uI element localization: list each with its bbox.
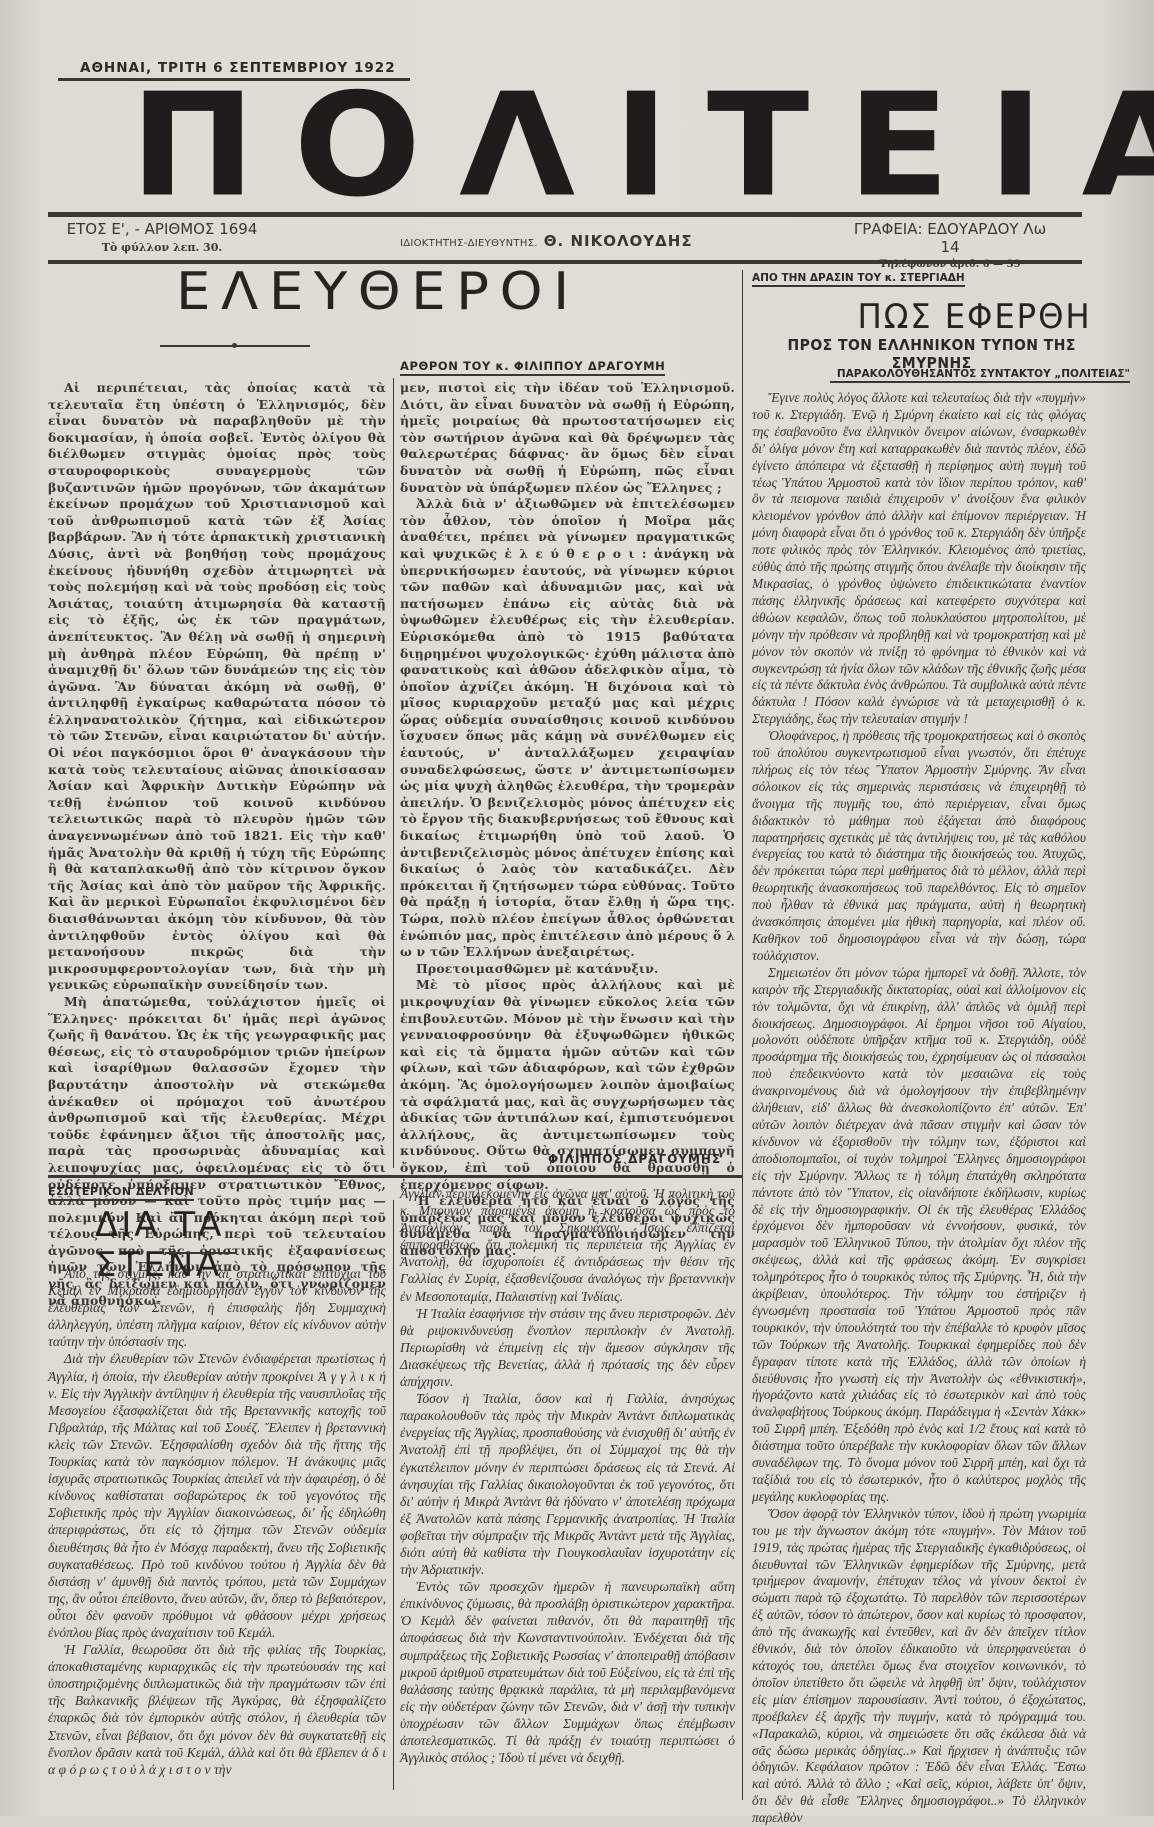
paragraph: μεν, πιστοὶ εἰς τὴν ἰδέαν τοῦ Ἑλληνισμοῦ… [400,380,735,496]
lead-byline: ΑΡΘΡΟΝ ΤΟΥ κ. ΦΙΛΙΠΠΟΥ ΔΡΑΓΟΥΜΗ [400,359,665,376]
paragraph: Ἔγινε πολὺς λόγος ἄλλοτε καὶ τελευταίως … [752,390,1086,728]
column-divider [393,378,394,1168]
paragraph: Αἱ περιπέτειαι, τὰς ὁποίας κατὰ τὰ τελευ… [48,380,386,994]
publisher-info: ΙΔΙΟΚΤΗΤΗΣ-ΔΙΕΥΘΥΝΤΗΣ.Θ. ΝΙΚΟΛΟΥΔΗΣ [400,232,800,250]
right-kicker: ΑΠΟ ΤΗΝ ΔΡΑΣΙΝ ΤΟΥ κ. ΣΤΕΡΓΙΑΔΗ [752,272,965,287]
issue-number: ΕΤΟΣ Ε', - ΑΡΙΘΜΟΣ 1694 [62,220,262,238]
paragraph: Ἡ Γαλλία, θεωροῦσα ὅτι διὰ τῆς φιλίας τῆ… [48,1641,386,1778]
office-address: ΓΡΑΦΕΙΑ: ΕΔΟΥΑΡΔΟΥ Λω 14 [850,220,1050,256]
newspaper-page: ΑΘΗΝΑΙ, ΤΡΙΤΗ 6 ΣΕΠΤΕΜΒΡΙΟΥ 1922 ΠΟΛΙΤΕΙ… [0,0,1154,1816]
paragraph: Ὅσον ἀφορᾷ τὸν Ἑλληνικὸν τύπον, ἰδοὺ ἡ π… [752,1506,1086,1816]
bulletin-column-1: Ἀπὸ τῆς στιγμῆς, καθ' ἣν αἱ στρατιωτικαὶ… [48,1265,386,1778]
lead-column-1: Αἱ περιπέτειαι, τὰς ὁποίας κατὰ τὰ τελευ… [48,380,386,1309]
lead-signature: ΦΙΛΙΠΠΟΣ ΔΡΑΓΟΥΜΗΣ [548,1152,721,1166]
paragraph: Σημειωτέον ὅτι μόνον τώρα ἠμπορεῖ νὰ δοθ… [752,965,1086,1506]
paragraph: Ἐντὸς τῶν προσεχῶν ἡμερῶν ἡ πανευρωπαϊκὴ… [400,1578,735,1766]
column-divider [742,270,743,1800]
paragraph: Ἀπὸ τῆς στιγμῆς, καθ' ἣν αἱ στρατιωτικαὶ… [48,1265,386,1350]
right-headline: ΠΩΣ ΕΦΕΡΘΗ [858,297,1143,337]
price: Τὸ φύλλον λεπ. 30. [62,241,262,254]
paragraph: Ὁλοφάνερος, ἡ πρόθεσις τῆς τρομοκρατήσεω… [752,728,1086,965]
paragraph: Ἀλλὰ διὰ ν' ἀξιωθῶμεν νὰ ἐπιτελέσωμεν τὸ… [400,496,735,961]
masthead-rule-top [48,212,1082,217]
column-divider [393,1200,394,1790]
ornament-rule [165,1252,235,1254]
lead-column-2: μεν, πιστοὶ εἰς τὴν ἰδέαν τοῦ Ἑλληνισμοῦ… [400,380,735,1259]
bulletin-column-2: Ἀγγλίαν περιπλεκομένην εἰς ἀγῶνα μετ' αὐ… [400,1185,735,1766]
publisher-name: Θ. ΝΙΚΟΛΟΥΔΗΣ [544,232,693,250]
right-column: Ἔγινε πολὺς λόγος ἄλλοτε καὶ τελευταίως … [752,390,1086,1816]
lead-headline: ΕΛΕΥΘΕΡΟΙ [176,262,649,322]
right-subhead: ΠΡΟΣ ΤΟΝ ΕΛΛΗΝΙΚΟΝ ΤΥΠΟΝ ΤΗΣ ΣΜΥΡΝΗΣ [755,336,1108,372]
bulletin-kicker: ΕΣΩΤΕΡΙΚΟΝ ΔΕΛΤΙΟΝ [48,1185,194,1201]
paragraph: Τόσον ἡ Ἰταλία, ὅσον καὶ ἡ Γαλλία, ἀνησύ… [400,1390,735,1578]
ornament-dot [232,343,237,348]
paragraph: Ἀγγλίαν περιπλεκομένην εἰς ἀγῶνα μετ' αὐ… [400,1185,735,1305]
right-deck: ΠΑΡΑΚΟΛΟΥΘΗΣΑΝΤΟΣ ΣΥΝΤΑΚΤΟΥ „ΠΟΛΙΤΕΙΑΣ" [830,368,1130,383]
newspaper-title: ΠΟΛΙΤΕΙΑ [130,89,1010,203]
paragraph: Διὰ τὴν ἐλευθερίαν τῶν Στενῶν ἐνδιαφέρετ… [48,1350,386,1641]
section-rule [48,1175,742,1178]
paragraph: Ἡ Ἰταλία ἐσαφήνισε τὴν στάσιν της ἄνευ π… [400,1305,735,1390]
issue-info: ΕΤΟΣ Ε', - ΑΡΙΘΜΟΣ 1694 Τὸ φύλλον λεπ. 3… [62,220,262,254]
paragraph: Προετοιμασθῶμεν μὲ κατάνυξιν. [400,961,735,978]
publisher-label: ΙΔΙΟΚΤΗΤΗΣ-ΔΙΕΥΘΥΝΤΗΣ. [400,238,538,249]
